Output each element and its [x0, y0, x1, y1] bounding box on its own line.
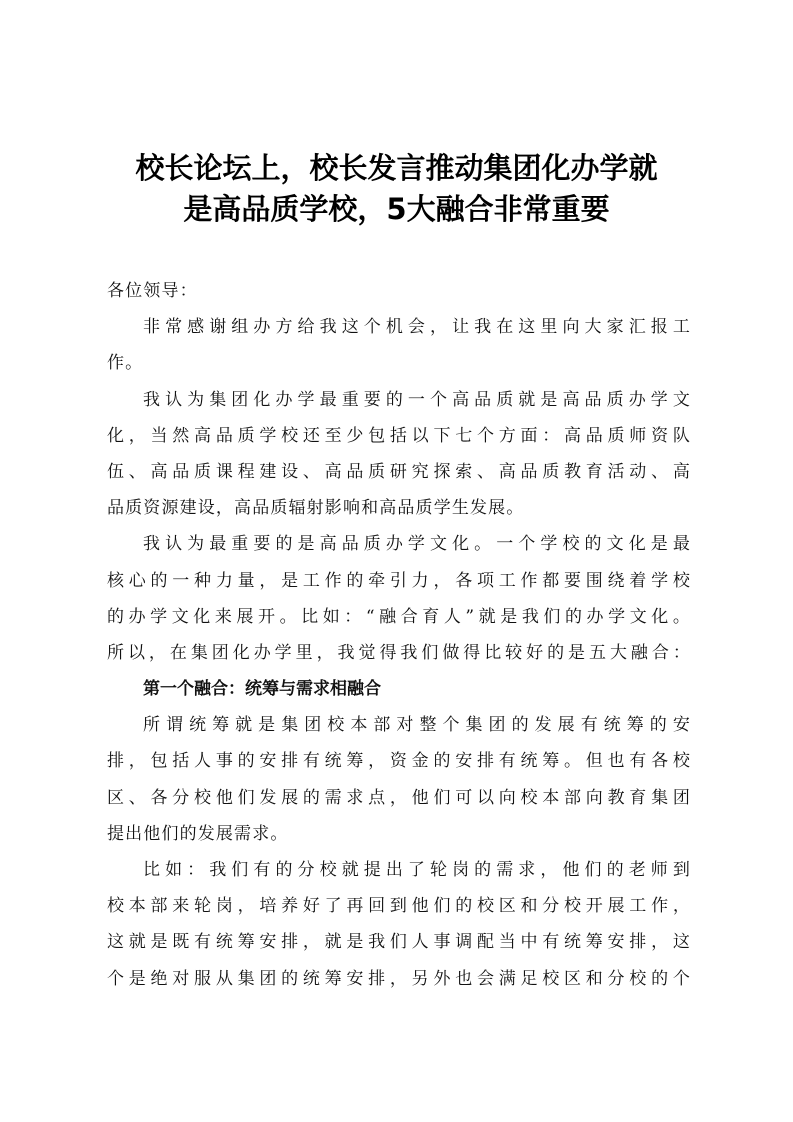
document-title: 校长论坛上，校长发言推动集团化办学就 是高品质学校，5大融合非常重要	[100, 148, 693, 230]
paragraph-line: 我认为最重要的是高品质办学文化。一个学校的文化是最	[107, 526, 691, 562]
paragraph-line: 所谓统筹就是集团校本部对整个集团的发展有统筹的安	[107, 707, 691, 743]
paragraph-line: 提出他们的发展需求。	[107, 816, 691, 852]
section-heading: 第一个融合：统筹与需求相融合	[107, 671, 691, 707]
paragraph-line: 这就是既有统筹安排，就是我们人事调配当中有统筹安排，这	[107, 924, 691, 960]
paragraph-line: 化，当然高品质学校还至少包括以下七个方面：高品质师资队	[107, 418, 691, 454]
paragraph-line: 校本部来轮岗，培养好了再回到他们的校区和分校开展工作，	[107, 888, 691, 924]
paragraph-line: 品质资源建设，高品质辐射影响和高品质学生发展。	[107, 490, 691, 526]
paragraph-line: 个是绝对服从集团的统筹安排，另外也会满足校区和分校的个	[107, 961, 691, 997]
paragraph-line: 排，包括人事的安排有统筹，资金的安排有统筹。但也有各校	[107, 743, 691, 779]
document-body: 各位领导： 非常感谢组办方给我这个机会，让我在这里向大家汇报工 作。 我认为集团…	[107, 273, 691, 997]
title-line-1: 校长论坛上，校长发言推动集团化办学就	[100, 148, 693, 189]
paragraph-line: 非常感谢组办方给我这个机会，让我在这里向大家汇报工	[107, 309, 691, 345]
title-line-2: 是高品质学校，5大融合非常重要	[100, 189, 693, 230]
document-page: 校长论坛上，校长发言推动集团化办学就 是高品质学校，5大融合非常重要 各位领导：…	[0, 0, 793, 1122]
paragraph-line: 伍、高品质课程建设、高品质研究探索、高品质教育活动、高	[107, 454, 691, 490]
salutation: 各位领导：	[107, 273, 691, 309]
paragraph-line: 所以，在集团化办学里，我觉得我们做得比较好的是五大融合：	[107, 635, 691, 671]
paragraph-line: 作。	[107, 345, 691, 381]
paragraph-line: 我认为集团化办学最重要的一个高品质就是高品质办学文	[107, 382, 691, 418]
paragraph-line: 核心的一种力量，是工作的牵引力，各项工作都要围绕着学校	[107, 563, 691, 599]
paragraph-line: 比如：我们有的分校就提出了轮岗的需求，他们的老师到	[107, 852, 691, 888]
paragraph-line: 的办学文化来展开。比如：“融合育人”就是我们的办学文化。	[107, 599, 691, 635]
paragraph-line: 区、各分校他们发展的需求点，他们可以向校本部向教育集团	[107, 780, 691, 816]
